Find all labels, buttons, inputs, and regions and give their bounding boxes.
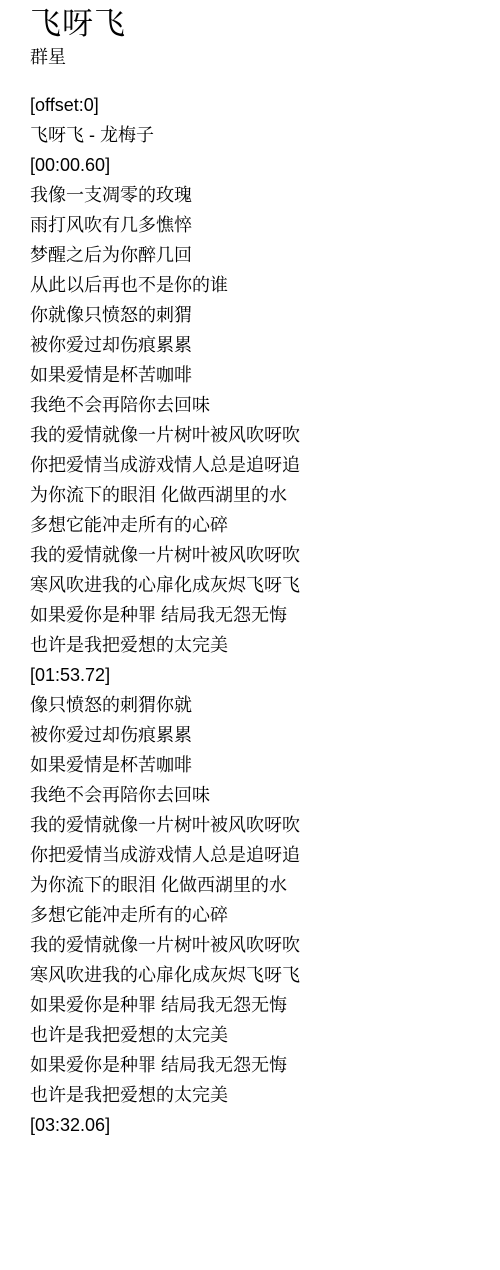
lyric-line: 寒风吹进我的心扉化成灰烬飞呀飞 <box>30 570 480 600</box>
lyric-line: 如果爱你是种罪 结局我无怨无悔 <box>30 990 480 1020</box>
lyric-line: 为你流下的眼泪 化做西湖里的水 <box>30 480 480 510</box>
lyric-line: 从此以后再也不是你的谁 <box>30 270 480 300</box>
song-title: 飞呀飞 <box>30 4 480 44</box>
lyric-line: 你把爱情当成游戏情人总是追呀追 <box>30 450 480 480</box>
lyric-line: 我绝不会再陪你去回味 <box>30 390 480 420</box>
lyric-line: 多想它能冲走所有的心碎 <box>30 510 480 540</box>
lyrics-page: 飞呀飞 群星 [offset:0]飞呀飞 - 龙梅子[00:00.60]我像一支… <box>0 0 500 1270</box>
lyric-line: 飞呀飞 - 龙梅子 <box>30 120 480 150</box>
lyric-line: 我的爱情就像一片树叶被风吹呀吹 <box>30 540 480 570</box>
lyrics-body: [offset:0]飞呀飞 - 龙梅子[00:00.60]我像一支凋零的玫瑰雨打… <box>30 90 480 1140</box>
song-artist: 群星 <box>30 46 480 68</box>
lyric-line: 我的爱情就像一片树叶被风吹呀吹 <box>30 810 480 840</box>
lyric-line: 我绝不会再陪你去回味 <box>30 780 480 810</box>
lyric-line: [03:32.06] <box>30 1110 480 1140</box>
lyric-line: 我的爱情就像一片树叶被风吹呀吹 <box>30 420 480 450</box>
lyric-line: 如果爱你是种罪 结局我无怨无悔 <box>30 1050 480 1080</box>
lyric-line: 像只愤怒的刺猬你就 <box>30 690 480 720</box>
lyric-line: 梦醒之后为你醉几回 <box>30 240 480 270</box>
lyric-line: 如果爱情是杯苦咖啡 <box>30 360 480 390</box>
lyric-line: 你把爱情当成游戏情人总是追呀追 <box>30 840 480 870</box>
lyric-line: 我的爱情就像一片树叶被风吹呀吹 <box>30 930 480 960</box>
lyric-line: [01:53.72] <box>30 660 480 690</box>
lyric-line: 我像一支凋零的玫瑰 <box>30 180 480 210</box>
lyric-line: 也许是我把爱想的太完美 <box>30 630 480 660</box>
lyric-line: [00:00.60] <box>30 150 480 180</box>
lyric-line: 你就像只愤怒的刺猬 <box>30 300 480 330</box>
lyric-line: 被你爱过却伤痕累累 <box>30 720 480 750</box>
lyric-line: 也许是我把爱想的太完美 <box>30 1080 480 1110</box>
lyric-line: 为你流下的眼泪 化做西湖里的水 <box>30 870 480 900</box>
lyric-line: 寒风吹进我的心扉化成灰烬飞呀飞 <box>30 960 480 990</box>
lyric-line: 也许是我把爱想的太完美 <box>30 1020 480 1050</box>
lyric-line: 多想它能冲走所有的心碎 <box>30 900 480 930</box>
lyric-line: 如果爱情是杯苦咖啡 <box>30 750 480 780</box>
lyric-line: [offset:0] <box>30 90 480 120</box>
lyric-line: 如果爱你是种罪 结局我无怨无悔 <box>30 600 480 630</box>
lyric-line: 被你爱过却伤痕累累 <box>30 330 480 360</box>
lyric-line: 雨打风吹有几多憔悴 <box>30 210 480 240</box>
